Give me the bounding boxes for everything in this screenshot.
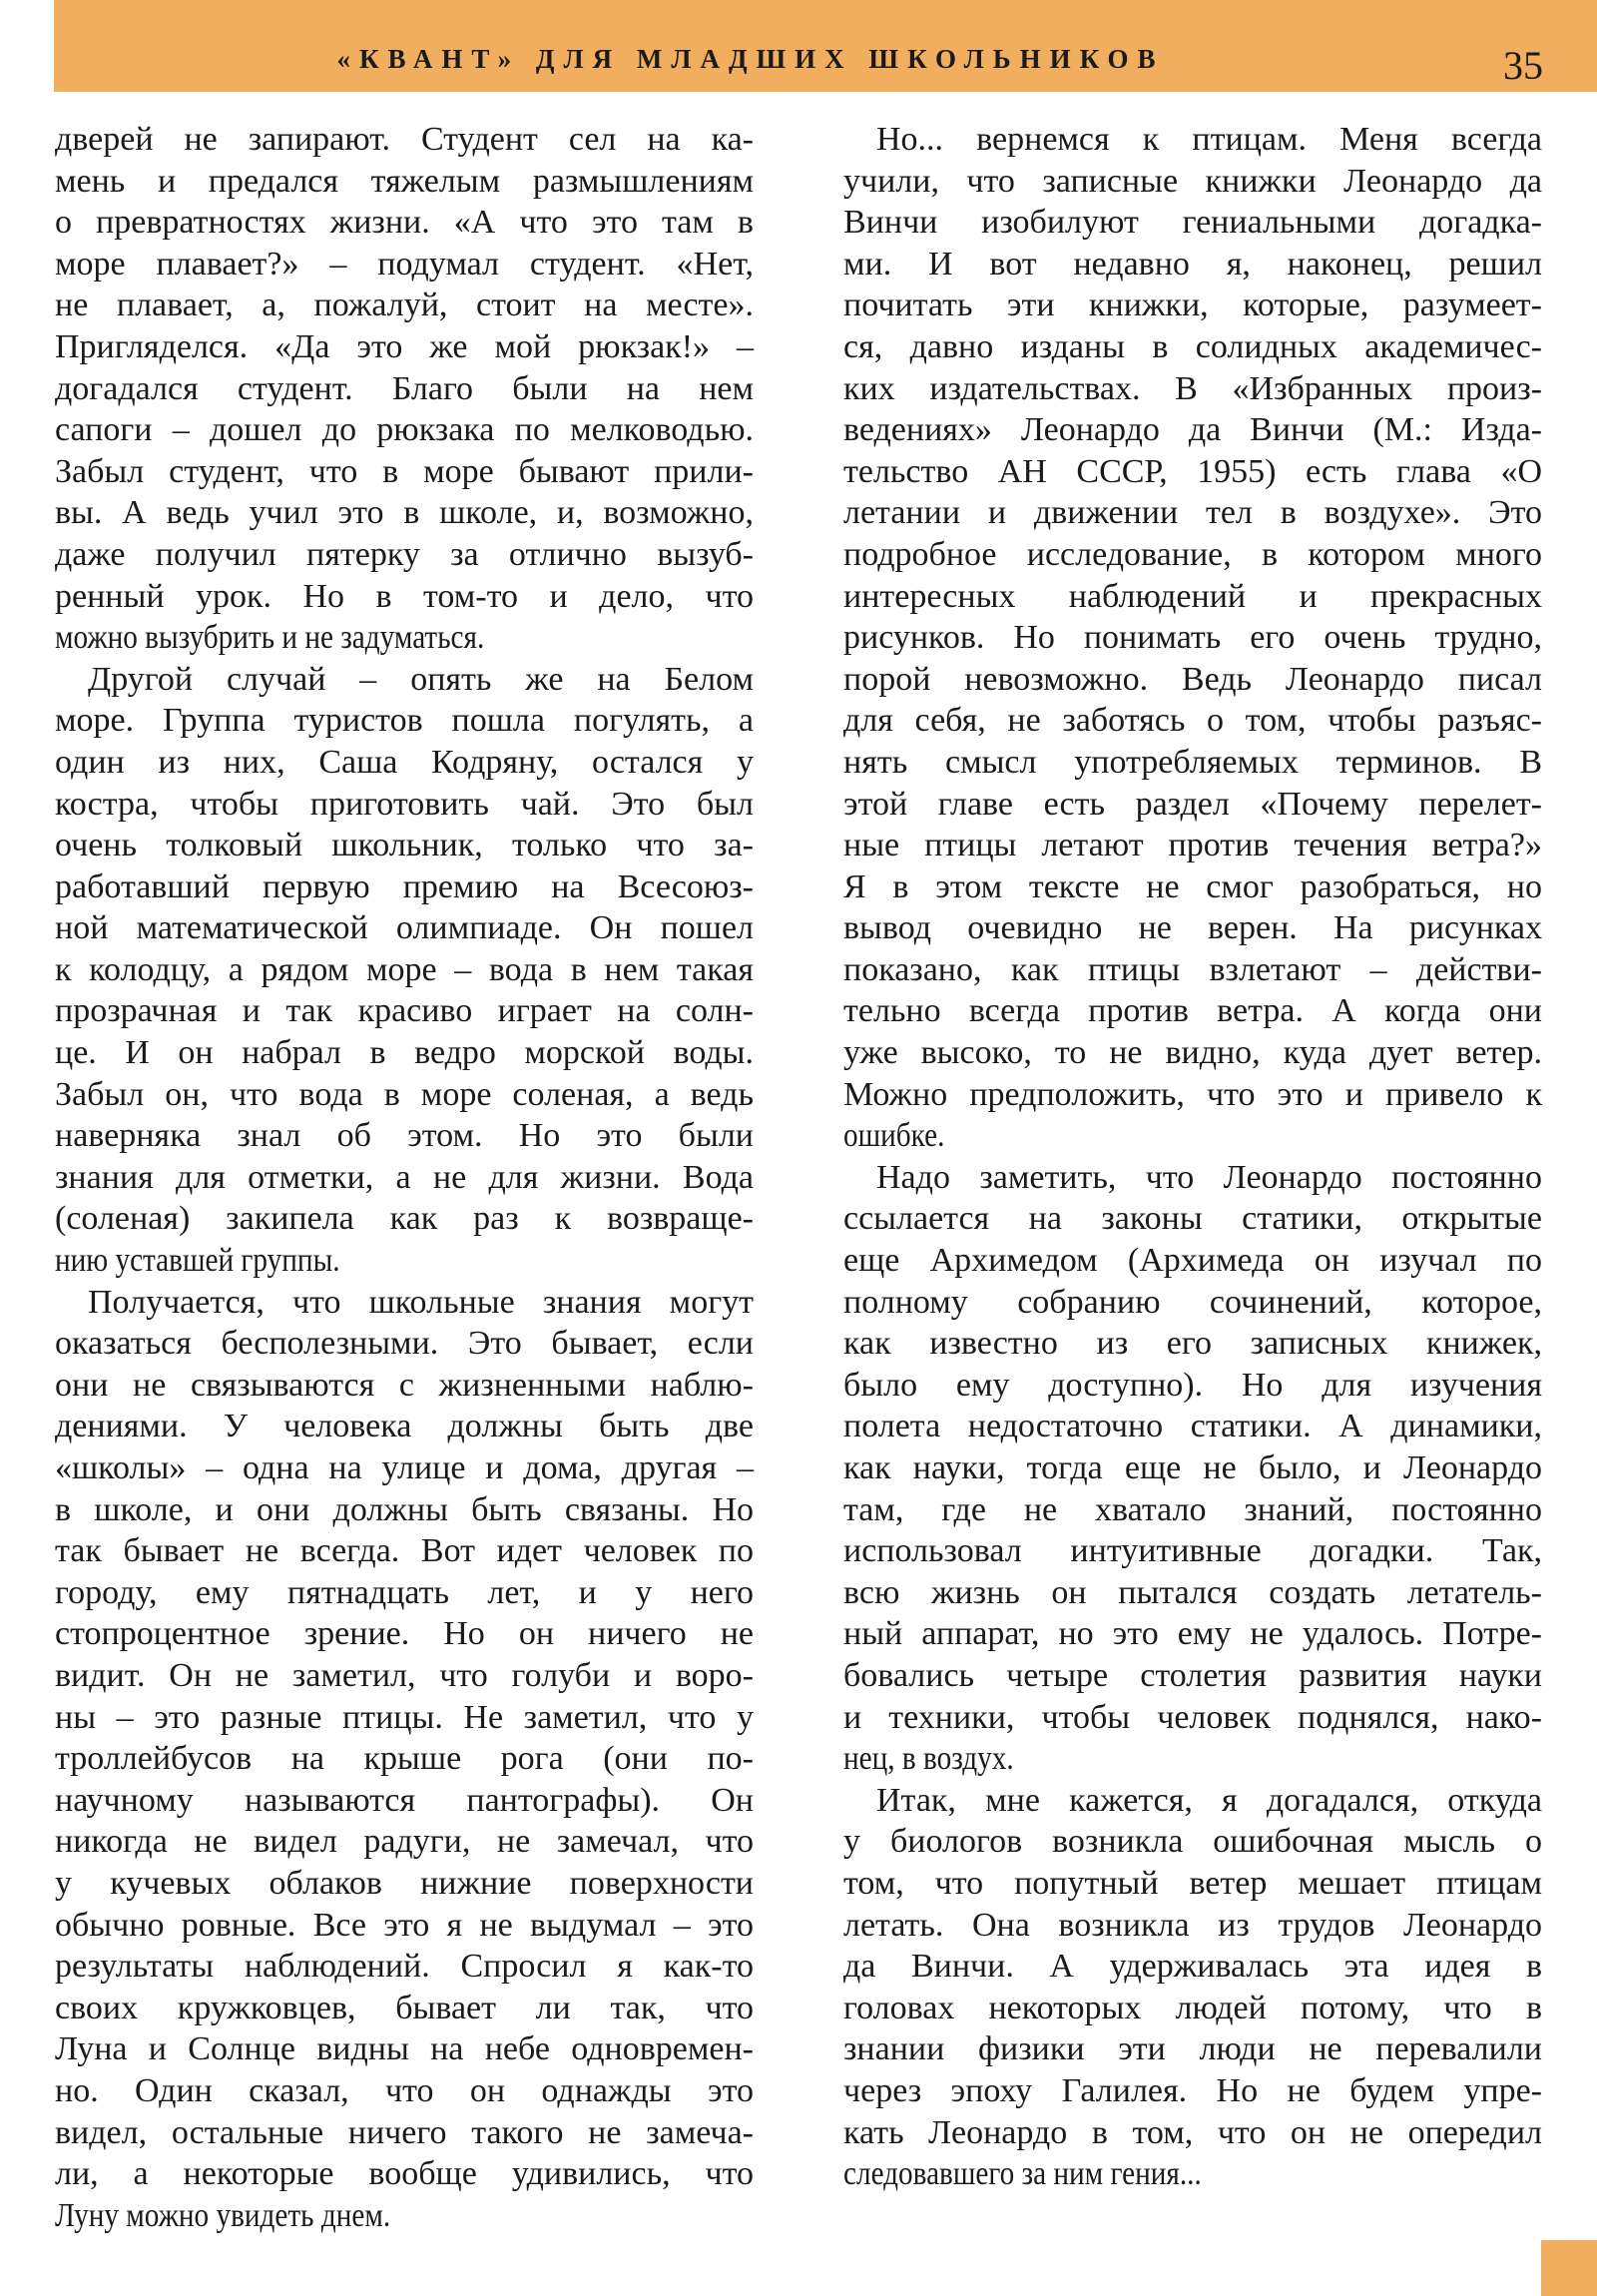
text-line: Итак, мне кажется, я догадался, откуда <box>843 1780 1542 1822</box>
text-line: ми. И вот недавно я, наконец, решил <box>843 244 1542 286</box>
text-line: це. И он набрал в ведро морской воды. <box>55 1032 754 1074</box>
text-line: у биологов возникла ошибочная мысль о <box>843 1821 1542 1863</box>
text-line: Пригляделся. «Да это же мой рюкзак!» – <box>55 326 754 368</box>
text-line: вывод очевидно не верен. На рисунках <box>843 907 1542 949</box>
text-line: наверняка знал об этом. Но это были <box>55 1115 754 1157</box>
text-line: видел, остальные ничего такого не замеча… <box>55 2112 754 2154</box>
text-line: Можно предположить, что это и привело к <box>843 1074 1542 1116</box>
text-line: знания для отметки, а не для жизни. Вода <box>55 1157 754 1199</box>
text-line: в школе, и они должны быть связаны. Но <box>55 1489 754 1531</box>
text-line: ли, а некоторые вообще удивились, что <box>55 2153 754 2195</box>
text-line: интересных наблюдений и прекрасных <box>843 576 1542 618</box>
text-line: всю жизнь он пытался создать летатель- <box>843 1572 1542 1614</box>
text-line: даже получил пятерку за отлично вызуб- <box>55 534 754 576</box>
text-line: бовались четыре столетия развития науки <box>843 1655 1542 1697</box>
text-line: вы. А ведь учил это в школе, и, возможно… <box>55 492 754 534</box>
text-line: видит. Он не заметил, что голуби и воро- <box>55 1655 754 1697</box>
text-line: Луну можно увидеть днем. <box>55 2195 754 2237</box>
text-line: еще Архимедом (Архимеда он изучал по <box>843 1240 1542 1282</box>
text-column-left: дверей не запирают. Студент сел на ка-ме… <box>55 119 754 2236</box>
page-number: 35 <box>1503 42 1543 89</box>
text-line: нять смысл употребляемых терминов. В <box>843 742 1542 784</box>
text-line: полета недостаточно статики. А динамики, <box>843 1406 1542 1447</box>
text-line: летать. Она возникла из трудов Леонардо <box>843 1905 1542 1947</box>
corner-accent-block <box>1541 2240 1597 2296</box>
text-line: море плавает?» – подумал студент. «Нет, <box>55 244 754 286</box>
text-line: троллейбусов на крыше рога (они по- <box>55 1738 754 1780</box>
text-line: ведениях» Леонардо да Винчи (М.: Изда- <box>843 409 1542 451</box>
text-line: нию уставшей группы. <box>55 1240 754 1282</box>
text-line: и техники, чтобы человек поднялся, нако- <box>843 1697 1542 1739</box>
text-line: знании физики эти люди не перевалили <box>843 2028 1542 2070</box>
text-line: работавший первую премию на Всесоюз- <box>55 866 754 908</box>
text-line: Я в этом тексте не смог разобраться, но <box>843 866 1542 908</box>
text-line: ный аппарат, но это ему не удалось. Потр… <box>843 1613 1542 1655</box>
text-line: Забыл студент, что в море бывают прили- <box>55 451 754 493</box>
text-line: ренный урок. Но в том-то и дело, что <box>55 576 754 618</box>
text-line: можно вызубрить и не задуматься. <box>55 617 754 659</box>
text-line: Забыл он, что вода в море соленая, а вед… <box>55 1074 754 1116</box>
text-line: «школы» – одна на улице и дома, другая – <box>55 1447 754 1489</box>
text-line: ной математической олимпиаде. Он пошел <box>55 907 754 949</box>
text-line: через эпоху Галилея. Но не будем упре- <box>843 2070 1542 2112</box>
text-line: к колодцу, а рядом море – вода в нем так… <box>55 949 754 991</box>
text-line: о превратностях жизни. «А что это там в <box>55 202 754 244</box>
running-header-bar: «КВАНТ» ДЛЯ МЛАДШИХ ШКОЛЬНИКОВ 35 <box>54 0 1597 92</box>
text-line: почитать эти книжки, которые, разумеет- <box>843 285 1542 326</box>
text-line: море. Группа туристов пошла погулять, а <box>55 700 754 742</box>
text-line: обычно ровные. Все это я не выдумал – эт… <box>55 1905 754 1947</box>
text-line: очень толковый школьник, только что за- <box>55 825 754 866</box>
text-line: Получается, что школьные знания могут <box>55 1282 754 1324</box>
text-line: ких издательствах. В «Избранных произ- <box>843 368 1542 410</box>
text-line: показано, как птицы взлетают – действи- <box>843 949 1542 991</box>
text-line: да Винчи. А удерживалась эта идея в <box>843 1946 1542 1988</box>
text-line: результаты наблюдений. Спросил я как-то <box>55 1946 754 1988</box>
text-line: дениями. У человека должны быть две <box>55 1406 754 1447</box>
text-line: но. Один сказал, что он однажды это <box>55 2070 754 2112</box>
text-line: сапоги – дошел до рюкзака по мелководью. <box>55 409 754 451</box>
text-line: ошибке. <box>843 1115 1542 1157</box>
text-line: там, где не хватало знаний, постоянно <box>843 1489 1542 1531</box>
text-line: стопроцентное зрение. Но он ничего не <box>55 1613 754 1655</box>
text-line: следовавшего за ним гения... <box>843 2153 1542 2195</box>
text-line: головах некоторых людей потому, что в <box>843 1988 1542 2029</box>
text-line: Другой случай – опять же на Белом <box>55 659 754 701</box>
text-line: ся, давно изданы в солидных академичес- <box>843 326 1542 368</box>
text-line: том, что попутный ветер мешает птицам <box>843 1863 1542 1905</box>
text-line: учили, что записные книжки Леонардо да <box>843 161 1542 203</box>
text-line: (соленая) закипела как раз к возвраще- <box>55 1198 754 1240</box>
text-line: тельство АН СССР, 1955) есть глава «О <box>843 451 1542 493</box>
text-line: нец, в воздух. <box>843 1738 1542 1780</box>
text-line: уже высоко, то не видно, куда дует ветер… <box>843 1032 1542 1074</box>
text-line: догадался студент. Благо были на нем <box>55 368 754 410</box>
text-line: не плавает, а, пожалуй, стоит на месте». <box>55 285 754 326</box>
text-line: как известно из его записных книжек, <box>843 1323 1542 1365</box>
text-line: этой главе есть раздел «Почему перелет- <box>843 784 1542 826</box>
running-header-title: «КВАНТ» ДЛЯ МЛАДШИХ ШКОЛЬНИКОВ <box>54 44 1447 75</box>
text-line: Винчи изобилуют гениальными догадка- <box>843 202 1542 244</box>
text-line: они не связываются с жизненными наблю- <box>55 1365 754 1407</box>
text-line: полному собранию сочинений, которое, <box>843 1282 1542 1324</box>
text-line: костра, чтобы приготовить чай. Это был <box>55 784 754 826</box>
text-line: Надо заметить, что Леонардо постоянно <box>843 1157 1542 1199</box>
text-line: подробное исследование, в котором много <box>843 534 1542 576</box>
text-line: один из них, Саша Кодряну, остался у <box>55 742 754 784</box>
text-line: дверей не запирают. Студент сел на ка- <box>55 119 754 161</box>
text-line: научному называются пантографы). Он <box>55 1780 754 1822</box>
text-line: оказаться бесполезными. Это бывает, если <box>55 1323 754 1365</box>
text-line: Луна и Солнце видны на небе одновремен- <box>55 2028 754 2070</box>
text-line: рисунков. Но понимать его очень трудно, <box>843 617 1542 659</box>
text-line: как науки, тогда еще не было, и Леонардо <box>843 1447 1542 1489</box>
text-line: ссылается на законы статики, открытые <box>843 1198 1542 1240</box>
text-line: так бывает не всегда. Вот идет человек п… <box>55 1530 754 1572</box>
text-line: было ему доступно). Но для изучения <box>843 1365 1542 1407</box>
text-line: Но... вернемся к птицам. Меня всегда <box>843 119 1542 161</box>
text-line: у кучевых облаков нижние поверхности <box>55 1863 754 1905</box>
text-line: порой невозможно. Ведь Леонардо писал <box>843 659 1542 701</box>
text-column-right: Но... вернемся к птицам. Меня всегдаучил… <box>843 119 1542 2195</box>
text-line: городу, ему пятнадцать лет, и у него <box>55 1572 754 1614</box>
text-line: летании и движении тел в воздухе». Это <box>843 492 1542 534</box>
text-line: своих кружковцев, бывает ли так, что <box>55 1988 754 2029</box>
text-line: ны – это разные птицы. Не заметил, что у <box>55 1697 754 1739</box>
text-line: никогда не видел радуги, не замечал, что <box>55 1821 754 1863</box>
text-line: ные птицы летают против течения ветра?» <box>843 825 1542 866</box>
text-line: прозрачная и так красиво играет на солн- <box>55 990 754 1032</box>
text-line: для себя, не заботясь о том, чтобы разъя… <box>843 700 1542 742</box>
text-line: мень и предался тяжелым размышлениям <box>55 161 754 203</box>
text-line: кать Леонардо в том, что он не опередил <box>843 2112 1542 2154</box>
text-line: использовал интуитивные догадки. Так, <box>843 1530 1542 1572</box>
text-line: тельно всегда против ветра. А когда они <box>843 990 1542 1032</box>
